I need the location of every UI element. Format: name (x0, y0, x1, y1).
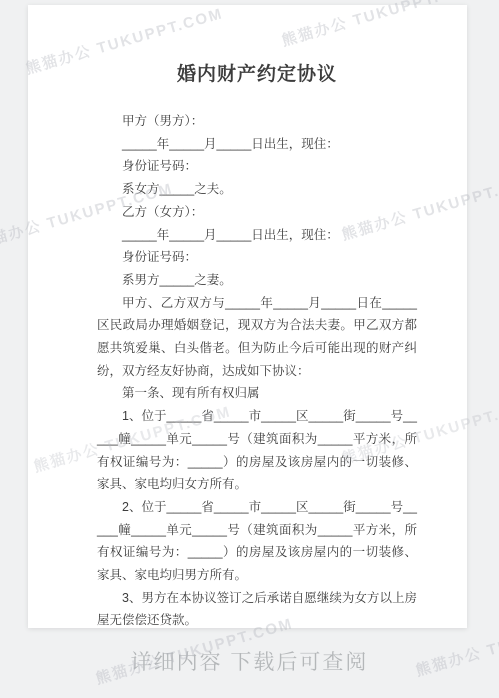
paragraph-party-b-label: 乙方（女方）： (97, 201, 417, 224)
paragraph-party-b-relation: 系男方_____之妻。 (97, 269, 417, 292)
paragraph-preamble: 甲方、乙方双方与_____年_____月_____日在_____区民政局办理婚姻… (97, 292, 417, 383)
document-body: 甲方（男方）： _____年_____月_____日出生，现住： 身份证号码： … (97, 110, 417, 632)
paragraph-party-b-id: 身份证号码： (97, 246, 417, 269)
paragraph-clause-3: 3、男方在本协议签订之后承诺自愿继续为女方以上房屋无偿偿还贷款。 (97, 587, 417, 632)
paragraph-clause-2: 2、位于_____省_____市_____区_____街_____号_____幢… (97, 496, 417, 587)
download-notice: 详细内容 下载后可查阅 (0, 646, 499, 676)
document-title: 婚内财产约定协议 (97, 64, 417, 86)
paragraph-party-a-birth: _____年_____月_____日出生，现住： (97, 133, 417, 156)
paragraph-party-a-relation: 系女方_____之夫。 (97, 178, 417, 201)
paragraph-article-1-heading: 第一条、现有所有权归属 (97, 382, 417, 405)
paragraph-party-a-id: 身份证号码： (97, 155, 417, 178)
paragraph-party-b-birth: _____年_____月_____日出生，现住： (97, 224, 417, 247)
paragraph-clause-1: 1、位于_____省_____市_____区_____街_____号_____幢… (97, 405, 417, 496)
document-page: 婚内财产约定协议 甲方（男方）： _____年_____月_____日出生，现住… (28, 5, 467, 628)
paragraph-party-a-label: 甲方（男方）： (97, 110, 417, 133)
